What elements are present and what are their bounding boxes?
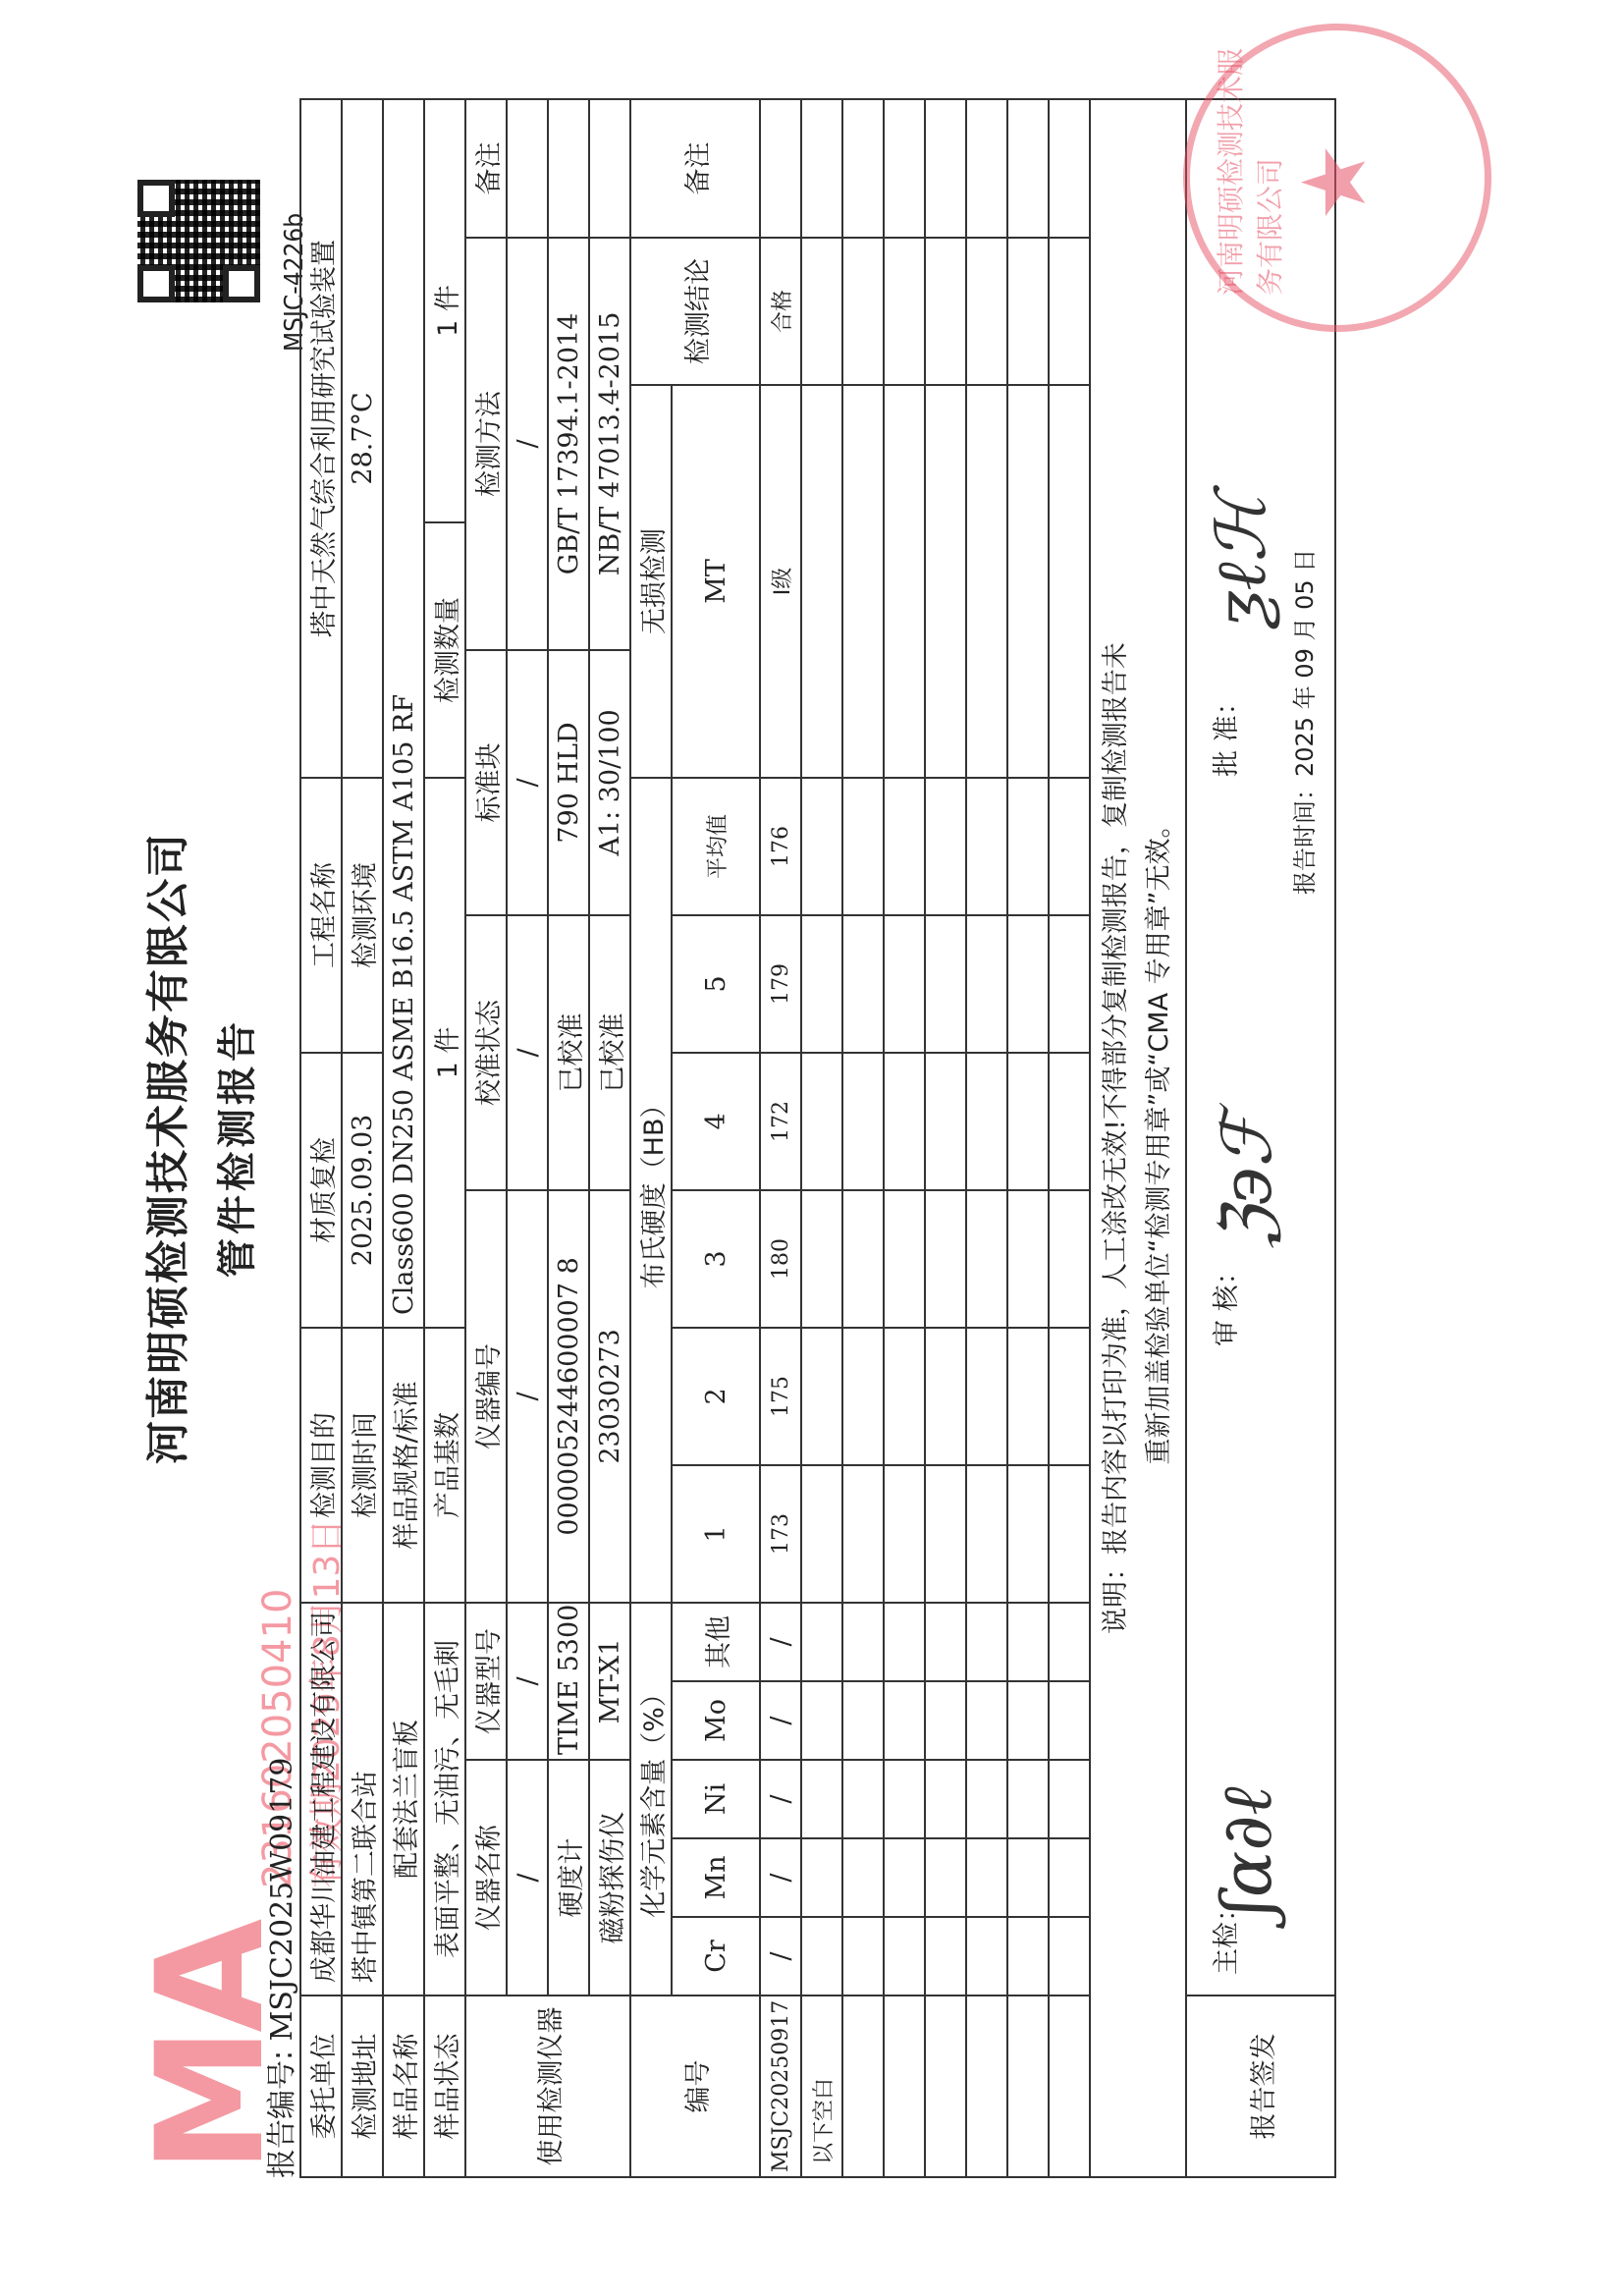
empty-cell — [966, 1681, 1007, 1760]
result-row: MSJC20250917 9 / / / / / 173 175 180 172… — [760, 99, 801, 2177]
empty-cell — [1007, 1328, 1049, 1465]
empty-cell — [801, 1190, 842, 1328]
empty-cell — [1007, 915, 1049, 1053]
empty-cell — [884, 238, 925, 385]
empty-cell — [842, 1328, 884, 1465]
empty-cell — [1007, 385, 1049, 778]
result-other: / — [760, 1603, 801, 1681]
empty-cell — [842, 915, 884, 1053]
empty-cell — [1007, 238, 1049, 385]
info-row-state: 样品状态 表面平整、无油污、无毛刺 产品基数 1 件 检测数量 1 件 — [424, 99, 465, 2177]
empty-cell — [1007, 1995, 1049, 2177]
instrument-cell: / — [507, 1603, 548, 1760]
sample-value: 配套法兰盲板 — [383, 1603, 424, 1995]
rotated-report-page: MSJC-4226b MA 231602050410 有效期2029年8月13日… — [0, 0, 1623, 2296]
instrument-header-row: 使用检测仪器 仪器名称 仪器型号 仪器编号 校准状态 标准块 检测方法 备注 — [465, 99, 507, 2177]
empty-row — [966, 99, 1007, 2177]
instrument-cell: NB/T 47013.4-2015 — [589, 238, 630, 650]
qty-label: 检测数量 — [424, 522, 465, 778]
qty-value: 1 件 — [424, 99, 465, 522]
empty-cell — [1007, 1917, 1049, 1995]
empty-cell — [925, 778, 966, 915]
hb-col-average: 平均值 — [672, 778, 760, 915]
empty-cell — [842, 1995, 884, 2177]
empty-cell: 以下空白 — [801, 1995, 842, 2177]
empty-cell — [842, 385, 884, 778]
empty-cell — [1049, 1190, 1090, 1328]
inspector-signature: ʃɑ∂ℓ — [1207, 1786, 1288, 1916]
chem-col-ni: Ni — [672, 1760, 760, 1838]
instrument-col-block: 标准块 — [465, 650, 507, 915]
chem-header: 化学元素含量（%） — [630, 1603, 672, 1995]
empty-cell — [801, 778, 842, 915]
instrument-cell — [507, 99, 548, 238]
empty-cell — [966, 99, 1007, 238]
empty-cell — [801, 238, 842, 385]
empty-cell — [801, 1465, 842, 1603]
state-label: 样品状态 — [424, 1995, 465, 2177]
approver-signature: ƺℓℋ — [1201, 494, 1282, 629]
empty-cell — [1049, 1917, 1090, 1995]
report-date: 报告时间：2025 年 09 月 05 日 — [1285, 549, 1320, 895]
results-sub-header: Cr Mn Ni Mo 其他 1 2 3 4 5 平均值 MT — [672, 99, 760, 2177]
instrument-cell: / — [507, 1760, 548, 1995]
empty-cell — [966, 1995, 1007, 2177]
empty-cell — [925, 1190, 966, 1328]
result-hb-3: 180 — [760, 1190, 801, 1328]
chem-col-cr: Cr — [672, 1917, 760, 1995]
empty-cell — [1049, 1760, 1090, 1838]
empty-cell — [842, 99, 884, 238]
footer-note-row: 说明：报告内容以打印为准，人工涂改无效!不得部分复制检测报告，复制检测报告未 重… — [1090, 99, 1186, 2177]
instrument-row: 硬度计 TIME 5300 000005244600007 8 已校准 790 … — [548, 99, 589, 2177]
instrument-row: 磁粉探伤仪 MT-X1 23030273 已校准 A1: 30/100 NB/T… — [589, 99, 630, 2177]
empty-cell — [966, 238, 1007, 385]
empty-cell — [884, 1917, 925, 1995]
results-group-header: 编号 化学元素含量（%） 布氏硬度（HB） 无损检测 检测结论 备注 — [630, 99, 672, 2177]
empty-cell — [801, 1328, 842, 1465]
id-header: 编号 — [630, 1995, 760, 2177]
instrument-col-model: 仪器型号 — [465, 1603, 507, 1760]
empty-cell — [925, 1681, 966, 1760]
empty-cell — [925, 1917, 966, 1995]
empty-cell — [925, 1995, 966, 2177]
hb-col-4: 4 — [672, 1053, 760, 1190]
hb-col-5: 5 — [672, 915, 760, 1053]
empty-cell — [1049, 385, 1090, 778]
empty-cell — [884, 778, 925, 915]
instrument-col-name: 仪器名称 — [465, 1760, 507, 1995]
empty-cell — [884, 385, 925, 778]
report-number-value: MSJC2025W09179 — [265, 1757, 299, 2041]
empty-cell — [966, 1838, 1007, 1917]
empty-cell — [1049, 778, 1090, 915]
ndt-method: MT — [672, 385, 760, 778]
empty-cell — [1049, 1995, 1090, 2177]
instruments-group-label: 使用检测仪器 — [465, 1995, 630, 2177]
instrument-cell: 硬度计 — [548, 1760, 589, 1995]
ndt-header: 无损检测 — [630, 385, 672, 778]
instrument-col-calibration: 校准状态 — [465, 915, 507, 1190]
empty-rows: 以下空白 — [801, 99, 1090, 2177]
client-value: 成都华川油建工程建设有限公司 — [300, 1603, 342, 1995]
report-table: 委托单位 成都华川油建工程建设有限公司 检测目的 材质复检 工程名称 塔中天然气… — [299, 98, 1336, 2178]
report-number-label: 报告编号: — [265, 2050, 299, 2178]
empty-cell — [801, 1053, 842, 1190]
spec-label: 样品规格/标准 — [383, 1328, 424, 1603]
result-hb-average: 176 — [760, 778, 801, 915]
hb-col-2: 2 — [672, 1328, 760, 1465]
result-hb-1: 173 — [760, 1465, 801, 1603]
empty-cell — [801, 1760, 842, 1838]
empty-cell — [801, 1603, 842, 1681]
empty-row — [1049, 99, 1090, 2177]
empty-cell — [842, 1603, 884, 1681]
empty-cell — [884, 1838, 925, 1917]
empty-cell — [966, 1053, 1007, 1190]
instrument-cell: 已校准 — [548, 915, 589, 1190]
empty-cell — [925, 1603, 966, 1681]
empty-cell — [1007, 1760, 1049, 1838]
report-title: 管件检测报告 — [206, 0, 262, 2296]
empty-cell — [884, 1328, 925, 1465]
result-cr: / — [760, 1917, 801, 1995]
empty-cell — [1007, 1681, 1049, 1760]
instrument-cell: 23030273 — [589, 1190, 630, 1603]
env-label: 检测环境 — [342, 778, 383, 1053]
empty-cell — [884, 99, 925, 238]
time-value: 2025.09.03 — [342, 1053, 383, 1328]
empty-row — [925, 99, 966, 2177]
client-label: 委托单位 — [300, 1995, 342, 2177]
empty-cell — [1049, 1328, 1090, 1465]
empty-cell — [1049, 1838, 1090, 1917]
empty-row — [884, 99, 925, 2177]
purpose-value: 材质复检 — [300, 1053, 342, 1328]
empty-cell — [842, 1681, 884, 1760]
instrument-cell: / — [507, 238, 548, 650]
empty-cell — [884, 1053, 925, 1190]
footer-note-line-2: 重新加盖检验单位“检测专用章”或“CMA 专用章”无效。 — [1138, 112, 1181, 2164]
report-number: 报告编号: MSJC2025W09179 — [257, 1757, 300, 2178]
remark-header: 备注 — [630, 99, 760, 238]
hb-col-3: 3 — [672, 1190, 760, 1328]
empty-cell — [1049, 99, 1090, 238]
site-label: 检测地址 — [342, 1995, 383, 2177]
result-hb-4: 172 — [760, 1053, 801, 1190]
empty-cell — [842, 1190, 884, 1328]
base-value: 1 件 — [424, 778, 465, 1328]
spec-value: Class600 DN250 ASME B16.5 ASTM A105 RF — [383, 99, 424, 1328]
instrument-cell: TIME 5300 — [548, 1603, 589, 1760]
approver-label: 批 准： — [1205, 688, 1243, 777]
empty-cell — [966, 1190, 1007, 1328]
empty-cell — [1007, 1190, 1049, 1328]
sample-label: 样品名称 — [383, 1995, 424, 2177]
result-ni: / — [760, 1760, 801, 1838]
base-label: 产品基数 — [424, 1328, 465, 1603]
instrument-cell: MT-X1 — [589, 1603, 630, 1760]
empty-cell — [801, 1917, 842, 1995]
result-id: MSJC20250917 9 — [760, 1995, 801, 2177]
empty-cell — [1049, 1053, 1090, 1190]
empty-cell — [801, 1838, 842, 1917]
instrument-cell: A1: 30/100 — [589, 650, 630, 915]
empty-cell — [801, 99, 842, 238]
empty-cell — [842, 1053, 884, 1190]
instrument-cell: / — [507, 650, 548, 915]
empty-cell — [884, 1995, 925, 2177]
conclusion-header: 检测结论 — [630, 238, 760, 385]
empty-cell — [1007, 1838, 1049, 1917]
hb-header: 布氏硬度（HB） — [630, 778, 672, 1603]
instrument-cell — [589, 99, 630, 238]
empty-cell — [1049, 238, 1090, 385]
empty-cell — [842, 1838, 884, 1917]
empty-cell — [925, 1465, 966, 1603]
project-value: 塔中天然气综合利用研究试验装置 — [300, 99, 342, 778]
result-remark — [760, 99, 801, 238]
reviewer-label: 审 核： — [1205, 1258, 1243, 1346]
result-mo: / — [760, 1681, 801, 1760]
empty-cell — [925, 99, 966, 238]
company-seal-stamp: 河南明硕检测技术服务有限公司 ★ — [1183, 24, 1491, 332]
empty-cell — [966, 778, 1007, 915]
empty-cell — [842, 1917, 884, 1995]
empty-cell — [801, 1681, 842, 1760]
env-value: 28.7°C — [342, 99, 383, 778]
seal-text: 河南明硕检测技术服务有限公司 — [1210, 30, 1288, 296]
empty-cell — [884, 1603, 925, 1681]
purpose-label: 检测目的 — [300, 1328, 342, 1603]
empty-cell — [966, 1917, 1007, 1995]
instrument-cell: / — [507, 1190, 548, 1603]
empty-cell — [925, 1838, 966, 1917]
empty-cell — [884, 915, 925, 1053]
empty-cell — [1007, 1465, 1049, 1603]
state-value: 表面平整、无油污、无毛刺 — [424, 1603, 465, 1995]
instrument-cell — [548, 99, 589, 238]
result-hb-5: 179 — [760, 915, 801, 1053]
info-row-client: 委托单位 成都华川油建工程建设有限公司 检测目的 材质复检 工程名称 塔中天然气… — [300, 99, 342, 2177]
site-value: 塔中镇第二联合站 — [342, 1603, 383, 1995]
empty-cell — [842, 238, 884, 385]
instrument-col-remark: 备注 — [465, 99, 507, 238]
chem-col-mn: Mn — [672, 1838, 760, 1917]
result-hb-2: 175 — [760, 1328, 801, 1465]
empty-cell — [1049, 1465, 1090, 1603]
empty-row — [1007, 99, 1049, 2177]
info-row-site: 检测地址 塔中镇第二联合站 检测时间 2025.09.03 检测环境 28.7°… — [342, 99, 383, 2177]
empty-cell — [1007, 99, 1049, 238]
empty-cell — [884, 1190, 925, 1328]
instrument-cell: 790 HLD — [548, 650, 589, 915]
result-ndt: I级 — [760, 385, 801, 778]
project-label: 工程名称 — [300, 778, 342, 1053]
instrument-cell: / — [507, 915, 548, 1190]
chem-col-other: 其他 — [672, 1603, 760, 1681]
footer-note-line-1: 说明：报告内容以打印为准，人工涂改无效!不得部分复制检测报告，复制检测报告未 — [1095, 112, 1138, 2164]
empty-cell — [1007, 1053, 1049, 1190]
empty-cell — [1007, 778, 1049, 915]
empty-cell — [925, 238, 966, 385]
empty-cell — [966, 385, 1007, 778]
empty-cell — [925, 385, 966, 778]
empty-cell — [925, 1328, 966, 1465]
empty-cell — [842, 778, 884, 915]
instrument-cell: 已校准 — [589, 915, 630, 1190]
chem-col-mo: Mo — [672, 1681, 760, 1760]
empty-cell — [1049, 1681, 1090, 1760]
empty-cell — [801, 385, 842, 778]
empty-row — [842, 99, 884, 2177]
empty-cell — [1049, 915, 1090, 1053]
company-name: 河南明硕检测技术服务有限公司 — [133, 0, 195, 2296]
instrument-col-method: 检测方法 — [465, 238, 507, 650]
instrument-cell: GB/T 17394.1-2014 — [548, 238, 589, 650]
empty-cell — [966, 1760, 1007, 1838]
instrument-cell: 000005244600007 8 — [548, 1190, 589, 1603]
sign-issue-label: 报告签发 — [1186, 1995, 1335, 2177]
empty-cell — [925, 1053, 966, 1190]
empty-cell — [925, 1760, 966, 1838]
empty-cell — [966, 1465, 1007, 1603]
result-mn: / — [760, 1838, 801, 1917]
empty-cell — [966, 1328, 1007, 1465]
empty-cell — [1049, 1603, 1090, 1681]
empty-cell — [966, 915, 1007, 1053]
empty-row: 以下空白 — [801, 99, 842, 2177]
empty-cell — [842, 1760, 884, 1838]
footer-note: 说明：报告内容以打印为准，人工涂改无效!不得部分复制检测报告，复制检测报告未 重… — [1090, 99, 1186, 2177]
reviewer-signature: ℨ϶ℱ — [1207, 1114, 1287, 1248]
hb-col-1: 1 — [672, 1465, 760, 1603]
empty-cell — [842, 1465, 884, 1603]
empty-cell — [1007, 1603, 1049, 1681]
empty-cell — [966, 1603, 1007, 1681]
signature-area: 主检： ʃɑ∂ℓ 审 核： ℨ϶ℱ 批 准： ƺℓℋ 报告时间：2025 年 0… — [1186, 99, 1335, 1995]
instrument-col-serial: 仪器编号 — [465, 1190, 507, 1603]
empty-cell — [884, 1681, 925, 1760]
empty-cell — [884, 1760, 925, 1838]
instrument-cell: 磁粉探伤仪 — [589, 1760, 630, 1995]
info-row-sample: 样品名称 配套法兰盲板 样品规格/标准 Class600 DN250 ASME … — [383, 99, 424, 2177]
result-conclusion: 合格 — [760, 238, 801, 385]
time-label: 检测时间 — [342, 1328, 383, 1603]
signature-row: 报告签发 主检： ʃɑ∂ℓ 审 核： ℨ϶ℱ 批 准： ƺℓℋ 报告时间：202… — [1186, 99, 1335, 2177]
empty-cell — [801, 915, 842, 1053]
empty-cell — [925, 915, 966, 1053]
instrument-row: / / / / / / — [507, 99, 548, 2177]
empty-cell — [884, 1465, 925, 1603]
star-icon: ★ — [1283, 142, 1386, 222]
